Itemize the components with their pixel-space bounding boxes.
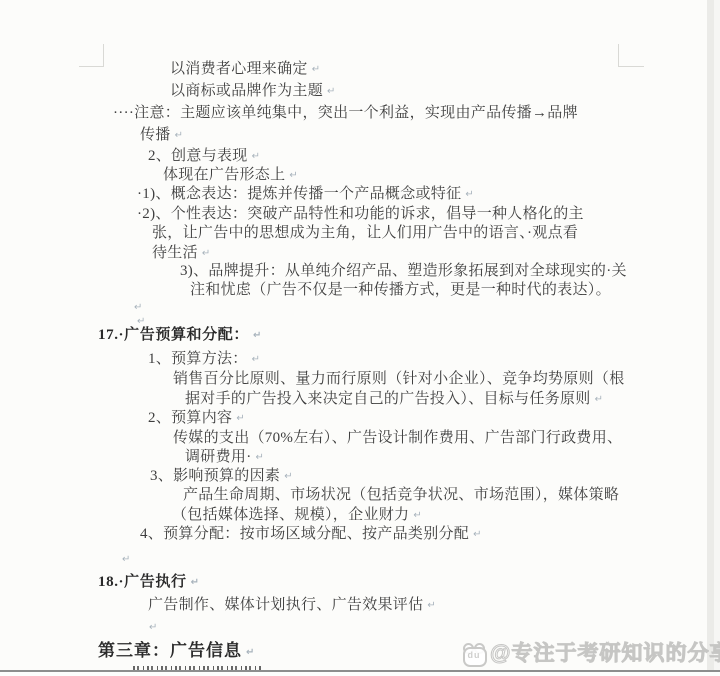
doc-line-text: 销售百分比原则、量力而行原则（针对小企业）、竞争均势原则（根 bbox=[173, 371, 625, 387]
doc-line: 1、预算方法：↵ bbox=[148, 350, 260, 369]
text-boundary-mark-top-left bbox=[79, 44, 104, 67]
line-break-mark-icon: ↵ bbox=[246, 647, 255, 658]
doc-line-text: 待生活 bbox=[152, 245, 198, 261]
doc-line-text: 张，让广告中的思想成为主角，让人们用广告中的语言、·观点看 bbox=[152, 225, 578, 241]
doc-line-text: 据对手的广告投入来决定自己的广告投入）、目标与任务原则 bbox=[185, 391, 591, 407]
doc-heading-17: 17.·广告预算和分配：↵ bbox=[98, 326, 262, 345]
bottom-strip bbox=[0, 672, 720, 676]
doc-line: 待生活↵ bbox=[152, 244, 211, 263]
doc-line: 据对手的广告投入来决定自己的广告投入）、目标与任务原则↵ bbox=[185, 390, 603, 409]
line-break-mark-icon: ↵ bbox=[312, 64, 321, 75]
doc-line: ·1)、概念表达：提炼并传播一个产品概念或特征↵ bbox=[137, 185, 474, 204]
doc-heading-18: 18.·广告执行↵ bbox=[98, 573, 200, 592]
doc-line-text: 4、预算分配：按市场区域分配、按产品类别分配 bbox=[140, 526, 469, 542]
doc-line: ····注意：主题应该单纯集中，突出一个利益，实现由产品传播→品牌 bbox=[113, 104, 578, 123]
doc-line-text: 体现在广告形态上 bbox=[163, 167, 285, 183]
doc-line-text: ·1)、概念表达：提炼并传播一个产品概念或特征 bbox=[137, 186, 461, 202]
doc-line-text: ·2)、个性表达：突破产品特性和功能的诉求，倡导一种人格化的主 bbox=[137, 206, 584, 222]
doc-line: ·2)、个性表达：突破产品特性和功能的诉求，倡导一种人格化的主 bbox=[137, 205, 584, 224]
doc-line: 产品生命周期、市场状况（包括竞争状况、市场范围），媒体策略 bbox=[183, 486, 619, 505]
doc-line: 调研费用·↵ bbox=[185, 448, 264, 467]
doc-line: 销售百分比原则、量力而行原则（针对小企业）、竞争均势原则（根 bbox=[173, 370, 625, 389]
doc-line-text: 18.·广告执行 bbox=[98, 574, 187, 590]
doc-line-text: ····注意：主题应该单纯集中，突出一个利益，实现由产品传播→品牌 bbox=[113, 105, 578, 121]
line-break-mark-icon: ↵ bbox=[427, 600, 436, 611]
doc-line: 以消费者心理来确定↵ bbox=[170, 60, 320, 79]
line-break-mark-icon: ↵ bbox=[256, 452, 265, 463]
doc-line-text: 2、创意与表现 bbox=[148, 148, 248, 164]
doc-line-text: 调研费用· bbox=[185, 449, 252, 465]
doc-line: ↵ bbox=[145, 618, 158, 637]
doc-line-text: 产品生命周期、市场状况（包括竞争状况、市场范围），媒体策略 bbox=[183, 487, 619, 503]
doc-line: 3)、品牌提升：从单纯介绍产品、塑造形象拓展到对全球现实的·关 bbox=[180, 262, 627, 281]
doc-line: 传媒的支出（70%左右）、广告设计制作费用、广告部门行政费用、 bbox=[173, 429, 622, 448]
doc-line: 以商标或品牌作为主题↵ bbox=[170, 82, 336, 101]
line-break-mark-icon: ↵ bbox=[284, 471, 293, 482]
line-break-mark-icon: ↵ bbox=[465, 189, 474, 200]
doc-line-text: 第三章：广告信息 bbox=[98, 641, 242, 660]
doc-line: 张，让广告中的思想成为主角，让人们用广告中的语言、·观点看 bbox=[152, 224, 578, 243]
line-break-mark-icon: ↵ bbox=[595, 394, 604, 405]
text-boundary-mark-top-right bbox=[618, 44, 644, 67]
doc-line-text: 注和忧虑（广告不仅是一种传播方式，更是一种时代的表达）。 bbox=[190, 282, 611, 298]
paw-icon-text: du bbox=[462, 650, 486, 660]
doc-line-text: 3)、品牌提升：从单纯介绍产品、塑造形象拓展到对全球现实的·关 bbox=[180, 263, 627, 279]
baidu-paw-icon: du bbox=[462, 643, 486, 665]
doc-line-text: 以消费者心理来确定 bbox=[170, 61, 308, 77]
doc-line: 广告制作、媒体计划执行、广告效果评估↵ bbox=[148, 596, 436, 615]
line-break-mark-icon: ↵ bbox=[327, 86, 336, 97]
doc-line: 2、预算内容↵ bbox=[148, 409, 245, 428]
doc-line-text: 广告制作、媒体计划执行、广告效果评估 bbox=[148, 597, 423, 613]
doc-line-text: 3、影响预算的因素 bbox=[150, 468, 280, 484]
line-break-mark-icon: ↵ bbox=[253, 330, 262, 341]
line-break-mark-icon: ↵ bbox=[149, 622, 158, 633]
doc-line: 传播↵ bbox=[140, 126, 183, 145]
page-edge bbox=[714, 0, 720, 676]
line-break-mark-icon: ↵ bbox=[252, 151, 261, 162]
line-break-mark-icon: ↵ bbox=[175, 130, 184, 141]
doc-line-text: 传播 bbox=[140, 127, 171, 143]
line-break-mark-icon: ↵ bbox=[191, 577, 200, 588]
line-break-mark-icon: ↵ bbox=[473, 529, 482, 540]
doc-line: 3、影响预算的因素↵ bbox=[150, 467, 293, 486]
document-page: 以消费者心理来确定↵ 以商标或品牌作为主题↵ ····注意：主题应该单纯集中，突… bbox=[0, 0, 720, 676]
line-break-mark-icon: ↵ bbox=[413, 510, 422, 521]
doc-line-text: 以商标或品牌作为主题 bbox=[170, 83, 323, 99]
doc-line: 注和忧虑（广告不仅是一种传播方式，更是一种时代的表达）。 bbox=[190, 281, 611, 300]
doc-line: 体现在广告形态上↵ bbox=[163, 166, 298, 185]
line-break-mark-icon: ↵ bbox=[236, 413, 245, 424]
doc-line: 4、预算分配：按市场区域分配、按产品类别分配↵ bbox=[140, 525, 482, 544]
line-break-mark-icon: ↵ bbox=[289, 170, 298, 181]
chapter-heading: 第三章：广告信息↵ bbox=[98, 641, 255, 662]
doc-line: （包括媒体选择、规模），企业财力↵ bbox=[172, 506, 422, 525]
doc-line: 2、创意与表现↵ bbox=[148, 147, 260, 166]
doc-line-text: 传媒的支出（70%左右）、广告设计制作费用、广告部门行政费用、 bbox=[173, 430, 622, 446]
doc-line-text: 1、预算方法： bbox=[148, 351, 248, 367]
watermark-handle: @专注于考研知识的分享 bbox=[490, 637, 720, 667]
doc-line-text: 17.·广告预算和分配： bbox=[98, 327, 249, 343]
doc-line-text: （包括媒体选择、规模），企业财力 bbox=[172, 507, 409, 523]
page-edge-shadow bbox=[707, 0, 714, 676]
watermark: du @专注于考研知识的分享 bbox=[462, 637, 720, 667]
line-break-mark-icon: ↵ bbox=[122, 554, 131, 565]
line-break-mark-icon: ↵ bbox=[252, 354, 261, 365]
doc-line-text: 2、预算内容 bbox=[148, 410, 232, 426]
doc-line: ↵ bbox=[118, 550, 131, 569]
line-break-mark-icon: ↵ bbox=[202, 248, 211, 259]
